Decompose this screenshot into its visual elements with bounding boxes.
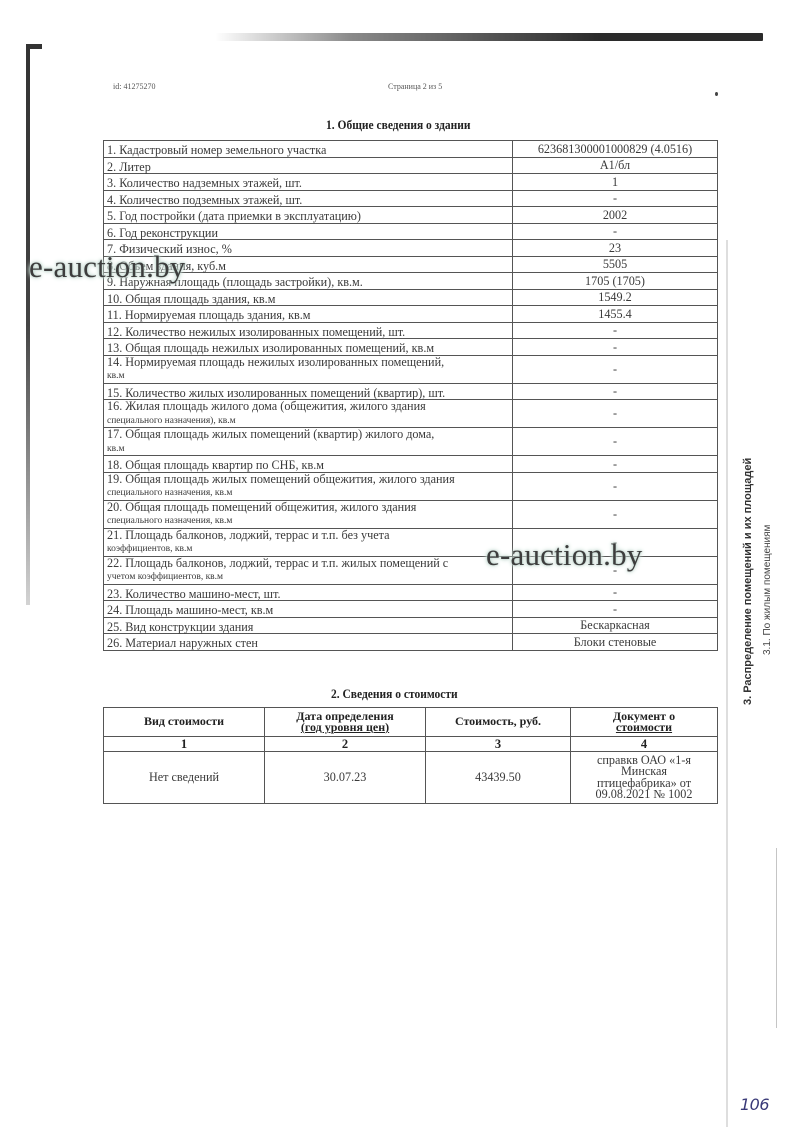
table-row: 3. Количество надземных этажей, шт.1 [104,174,718,191]
row-value: 2002 [513,207,718,224]
document-value: справкв ОАО «1-я Минская птицефабрика» о… [571,752,718,804]
table-row: 9. Наружная площадь (площадь застройки),… [104,273,718,290]
row-value: 1455.4 [513,306,718,323]
row-value: Бескаркасная [513,617,718,634]
table-row: 8. Объем здания, куб.м5505 [104,256,718,273]
row-value: - [513,383,718,400]
cost-type-value: Нет сведений [104,752,265,804]
table-row: 26. Материал наружных стенБлоки стеновые [104,634,718,651]
column-number: 2 [265,737,426,752]
table-row: 15. Количество жилых изолированных помещ… [104,383,718,400]
row-value: - [513,428,718,456]
row-value: 1549.2 [513,289,718,306]
header-document: Документ остоимости [571,708,718,737]
row-label: 3. Количество надземных этажей, шт. [104,174,513,191]
row-label: 10. Общая площадь здания, кв.м [104,289,513,306]
row-value: - [513,322,718,339]
row-label: 6. Год реконструкции [104,223,513,240]
row-value: - [513,601,718,618]
side-section-title: 3. Распределение помещений и их площадей [742,458,754,705]
table-row: 2. ЛитерА1/бл [104,157,718,174]
section-2-title: 2. Сведения о стоимости [331,687,458,702]
table-row: 5. Год постройки (дата приемки в эксплуа… [104,207,718,224]
header-cost: Стоимость, руб. [426,708,571,737]
table-row: 1. Кадастровый номер земельного участка6… [104,141,718,158]
row-value: 5505 [513,256,718,273]
table-row: 10. Общая площадь здания, кв.м1549.2 [104,289,718,306]
row-label: 16. Жилая площадь жилого дома (общежития… [104,400,513,428]
row-label: 1. Кадастровый номер земельного участка [104,141,513,158]
row-label: 19. Общая площадь жилых помещений общежи… [104,472,513,500]
cost-value: 43439.50 [426,752,571,804]
table-row: 25. Вид конструкции зданияБескаркасная [104,617,718,634]
date-value: 30.07.23 [265,752,426,804]
column-number: 3 [426,737,571,752]
table-row: 4. Количество подземных этажей, шт.- [104,190,718,207]
table-row: 18. Общая площадь квартир по СНБ, кв.м- [104,456,718,473]
table-row: 13. Общая площадь нежилых изолированных … [104,339,718,356]
table-row: 14. Нормируемая площадь нежилых изолиров… [104,355,718,383]
table-row: 23. Количество машино-мест, шт.- [104,584,718,601]
row-value: - [513,355,718,383]
row-value: - [513,190,718,207]
row-label: 18. Общая площадь квартир по СНБ, кв.м [104,456,513,473]
row-value: - [513,339,718,356]
cost-table-row: Нет сведений 30.07.23 43439.50 справкв О… [104,752,718,804]
row-label: 5. Год постройки (дата приемки в эксплуа… [104,207,513,224]
header-cost-type: Вид стоимости [104,708,265,737]
row-label: 20. Общая площадь помещений общежития, ж… [104,500,513,528]
column-number: 4 [571,737,718,752]
row-value: - [513,500,718,528]
table-row: 16. Жилая площадь жилого дома (общежития… [104,400,718,428]
table-row: 6. Год реконструкции- [104,223,718,240]
table-row: 7. Физический износ, %23 [104,240,718,257]
table-row: 24. Площадь машино-мест, кв.м- [104,601,718,618]
row-value: Блоки стеновые [513,634,718,651]
side-section-subtitle: 3.1. По жилым помещениям [762,458,773,705]
table-row: 11. Нормируемая площадь здания, кв.м1455… [104,306,718,323]
row-value: А1/бл [513,157,718,174]
scan-artifact-left-bracket [26,45,30,605]
row-label: 2. Литер [104,157,513,174]
row-label: 21. Площадь балконов, лоджий, террас и т… [104,528,513,556]
row-label: 26. Материал наружных стен [104,634,513,651]
general-info-table: 1. Кадастровый номер земельного участка6… [103,140,718,651]
row-label: 13. Общая площадь нежилых изолированных … [104,339,513,356]
row-value: 1 [513,174,718,191]
scan-artifact-top-bar [215,33,763,41]
row-label: 12. Количество нежилых изолированных пом… [104,322,513,339]
page-indicator: Страница 2 из 5 [388,82,442,91]
cost-table-header-row: Вид стоимости Дата определения(год уровн… [104,708,718,737]
row-value: - [513,456,718,473]
document-id: id: 41275270 [113,82,155,91]
section-1-title: 1. Общие сведения о здании [326,118,471,133]
table-row: 20. Общая площадь помещений общежития, ж… [104,500,718,528]
row-label: 25. Вид конструкции здания [104,617,513,634]
row-value: - [513,223,718,240]
row-value: - [513,472,718,500]
cost-table-column-numbers: 1 2 3 4 [104,737,718,752]
scan-artifact-page-edge [726,240,728,1127]
scan-speck [715,92,718,96]
table-row: 12. Количество нежилых изолированных пом… [104,322,718,339]
row-label: 24. Площадь машино-мест, кв.м [104,601,513,618]
row-label: 14. Нормируемая площадь нежилых изолиров… [104,355,513,383]
handwritten-page-number: 106 [740,1095,769,1114]
header-date: Дата определения(год уровня цен) [265,708,426,737]
column-number: 1 [104,737,265,752]
row-value: 23 [513,240,718,257]
row-label: 11. Нормируемая площадь здания, кв.м [104,306,513,323]
row-label: 15. Количество жилых изолированных помещ… [104,383,513,400]
row-label: 4. Количество подземных этажей, шт. [104,190,513,207]
watermark: e-auction.by [29,251,185,282]
row-label: 17. Общая площадь жилых помещений (кварт… [104,428,513,456]
row-value: - [513,400,718,428]
row-label: 23. Количество машино-мест, шт. [104,584,513,601]
scan-artifact-line [776,848,777,1028]
watermark: e-auction.by [486,539,642,570]
row-value: 1705 (1705) [513,273,718,290]
table-row: 19. Общая площадь жилых помещений общежи… [104,472,718,500]
next-page-bleed-text: 3. Распределение помещений и их площадей… [742,458,773,705]
row-value: 623681300001000829 (4.0516) [513,141,718,158]
table-row: 17. Общая площадь жилых помещений (кварт… [104,428,718,456]
cost-info-table: Вид стоимости Дата определения(год уровн… [103,707,718,804]
row-label: 22. Площадь балконов, лоджий, террас и т… [104,556,513,584]
row-value: - [513,584,718,601]
